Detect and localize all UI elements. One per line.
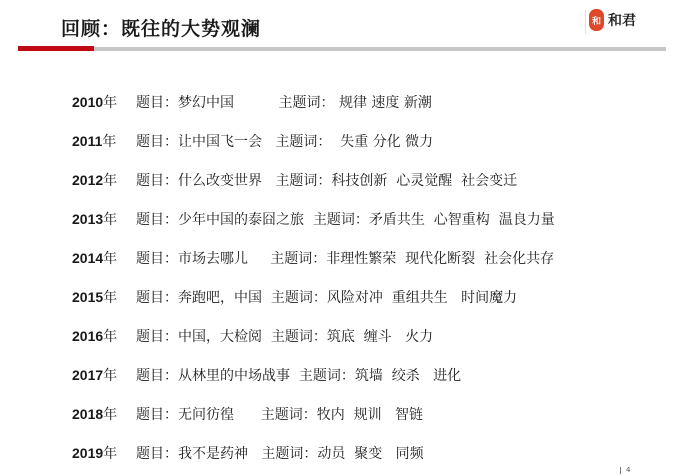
keyword-label: 主题词：	[279, 92, 335, 112]
brand-logo: 和 和君	[589, 9, 636, 31]
keyword-label: 主题词：	[275, 131, 331, 151]
year: 2016年	[72, 326, 136, 346]
year-suffix: 年	[103, 368, 117, 384]
topic-value: 从林里的中场战事	[178, 365, 290, 385]
spacer	[262, 328, 271, 344]
year: 2019年	[72, 443, 136, 463]
topic-label: 题目：	[136, 404, 178, 424]
year: 2014年	[72, 248, 136, 268]
year-suffix: 年	[103, 173, 117, 189]
keywords: 牧内 规训 智链	[317, 404, 423, 424]
keywords: 风险对冲 重组共生 时间魔力	[327, 287, 517, 307]
topic-value: 市场去哪儿	[178, 248, 248, 268]
topic-value: 奔跑吧，中国	[178, 287, 262, 307]
year-value: 2011	[72, 133, 102, 149]
year-value: 2012	[72, 172, 103, 188]
year-value: 2013	[72, 211, 103, 227]
keywords: 筑底 缠斗 火力	[327, 326, 433, 346]
keyword-label: 主题词：	[271, 326, 327, 346]
year: 2018年	[72, 404, 136, 424]
topic-value: 中国，大检阅	[178, 326, 262, 346]
year-value: 2014	[72, 250, 103, 266]
keywords: 矛盾共生 心智重构 温良力量	[369, 209, 555, 229]
spacer	[248, 445, 261, 461]
keyword-label: 主题词：	[275, 170, 331, 190]
year-value: 2016	[72, 328, 103, 344]
year: 2013年	[72, 209, 136, 229]
year: 2012年	[72, 170, 136, 190]
topic-value: 少年中国的泰囧之旅	[178, 209, 304, 229]
page-number: 4	[620, 466, 630, 474]
spacer	[248, 250, 270, 266]
year-value: 2015	[72, 289, 103, 305]
list-item: 2019年题目：我不是药神 主题词：动员 聚变 同频	[72, 433, 555, 472]
topic-value: 什么改变世界	[178, 170, 262, 190]
year-suffix: 年	[103, 95, 117, 111]
topic-label: 题目：	[136, 209, 178, 229]
topic-label: 题目：	[136, 287, 178, 307]
list-item: 2018年题目：无问彷徨 主题词：牧内 规训 智链	[72, 394, 555, 433]
logo-divider	[585, 10, 586, 34]
list-item: 2012年题目：什么改变世界 主题词：科技创新 心灵觉醒 社会变迁	[72, 160, 555, 199]
theme-list: 2010年题目：梦幻中国 主题词： 规律 速度 新潮2011年题目：让中国飞一会…	[72, 82, 555, 472]
year-suffix: 年	[103, 212, 117, 228]
topic-value: 无问彷徨	[178, 404, 234, 424]
page-number-value: 4	[626, 466, 630, 474]
year-suffix: 年	[103, 251, 117, 267]
topic-value: 让中国飞一会	[178, 131, 262, 151]
topic-label: 题目：	[136, 170, 178, 190]
list-item: 2014年题目：市场去哪儿 主题词：非理性繁荣 现代化断裂 社会化共存	[72, 238, 555, 277]
keyword-label: 主题词：	[261, 443, 317, 463]
year-value: 2019	[72, 445, 103, 461]
spacer	[290, 367, 299, 383]
spacer	[304, 211, 313, 227]
page-divider	[620, 467, 621, 474]
year: 2017年	[72, 365, 136, 385]
spacer	[262, 289, 271, 305]
keyword-label: 主题词：	[270, 248, 326, 268]
list-item: 2015年题目：奔跑吧，中国 主题词：风险对冲 重组共生 时间魔力	[72, 277, 555, 316]
page-title: 回顾：既往的大势观澜	[61, 14, 261, 41]
topic-label: 题目：	[136, 365, 178, 385]
keywords: 科技创新 心灵觉醒 社会变迁	[331, 170, 517, 190]
header-rule	[18, 47, 666, 51]
year-value: 2010	[72, 94, 103, 110]
topic-label: 题目：	[136, 92, 178, 112]
year: 2015年	[72, 287, 136, 307]
seal-icon: 和	[589, 9, 604, 31]
spacer	[262, 133, 275, 149]
topic-value: 我不是药神	[178, 443, 248, 463]
keyword-label: 主题词：	[261, 404, 317, 424]
topic-label: 题目：	[136, 131, 178, 151]
year: 2011年	[72, 131, 136, 151]
topic-label: 题目：	[136, 326, 178, 346]
list-item: 2017年题目：从林里的中场战事 主题词：筑墙 绞杀 进化	[72, 355, 555, 394]
keywords: 规律 速度 新潮	[339, 92, 432, 112]
topic-value: 梦幻中国	[178, 92, 234, 112]
keyword-label: 主题词：	[299, 365, 355, 385]
list-item: 2010年题目：梦幻中国 主题词： 规律 速度 新潮	[72, 82, 555, 121]
year-value: 2018	[72, 406, 103, 422]
year-suffix: 年	[103, 329, 117, 345]
keywords: 失重 分化 微力	[340, 131, 433, 151]
list-item: 2013年题目：少年中国的泰囧之旅 主题词：矛盾共生 心智重构 温良力量	[72, 199, 555, 238]
spacer	[234, 406, 261, 422]
year-suffix: 年	[103, 446, 117, 462]
keywords: 非理性繁荣 现代化断裂 社会化共存	[326, 248, 554, 268]
keyword-label: 主题词：	[313, 209, 369, 229]
list-item: 2016年题目：中国，大检阅 主题词：筑底 缠斗 火力	[72, 316, 555, 355]
topic-label: 题目：	[136, 248, 178, 268]
header-accent-rule	[18, 46, 94, 51]
keywords: 动员 聚变 同频	[317, 443, 423, 463]
year-suffix: 年	[102, 134, 116, 150]
keywords: 筑墙 绞杀 进化	[355, 365, 461, 385]
brand-name: 和君	[608, 10, 636, 30]
list-item: 2011年题目：让中国飞一会 主题词： 失重 分化 微力	[72, 121, 555, 160]
year-value: 2017	[72, 367, 103, 383]
keyword-label: 主题词：	[271, 287, 327, 307]
topic-label: 题目：	[136, 443, 178, 463]
year-suffix: 年	[103, 290, 117, 306]
spacer	[262, 172, 275, 188]
year: 2010年	[72, 92, 136, 112]
year-suffix: 年	[103, 407, 117, 423]
spacer	[234, 94, 279, 110]
spacer	[331, 133, 340, 149]
